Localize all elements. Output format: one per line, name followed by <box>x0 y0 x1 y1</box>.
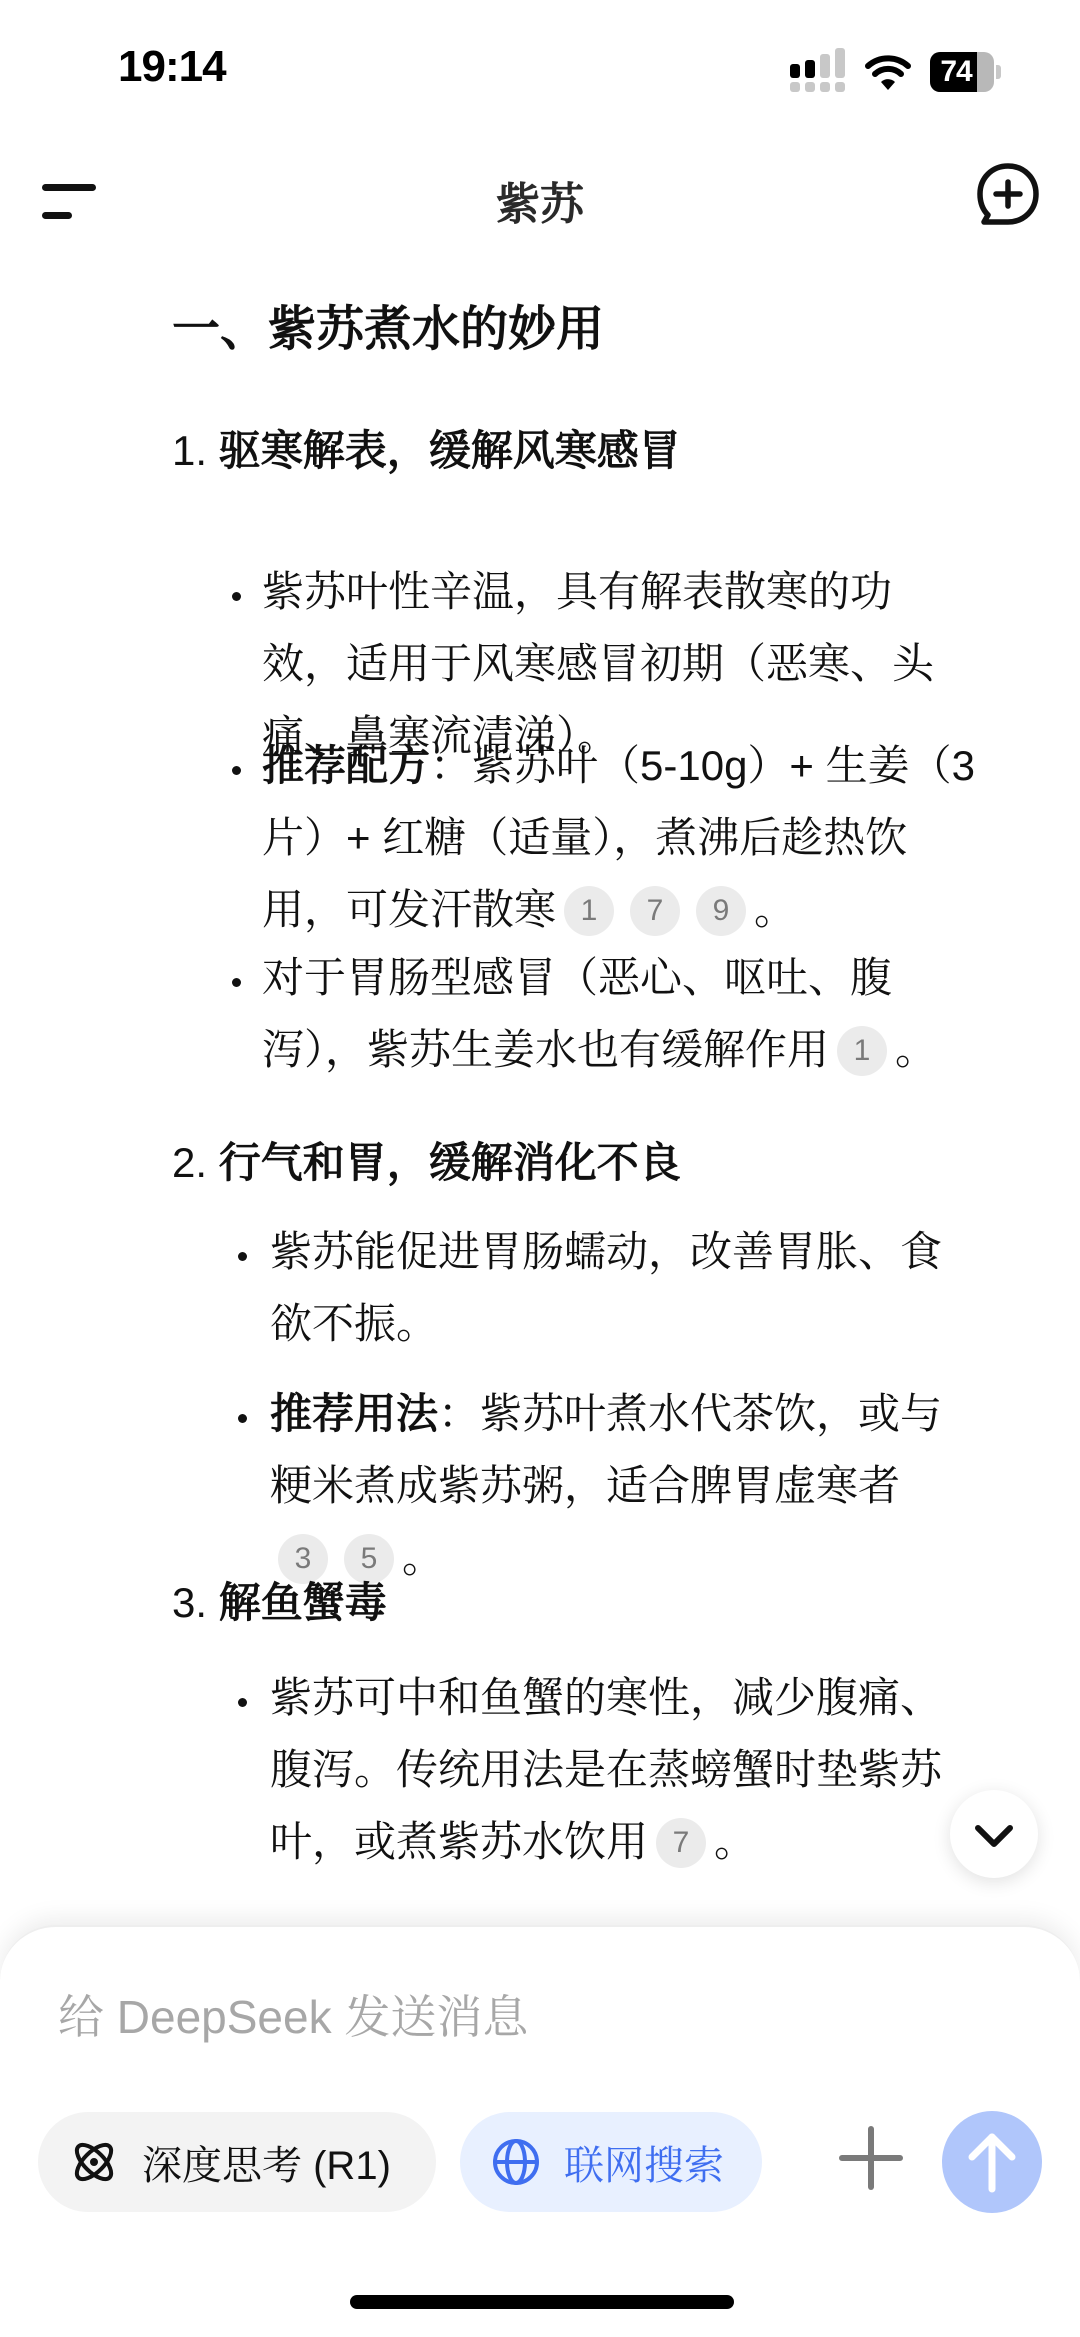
chat-title: 紫苏 <box>0 168 1080 232</box>
attach-button[interactable] <box>838 2125 904 2191</box>
globe-icon <box>490 2136 542 2188</box>
new-chat-button[interactable] <box>972 160 1044 232</box>
chevron-down-icon <box>950 1790 1038 1878</box>
nav-bar: 紫苏 <box>0 150 1080 240</box>
status-bar: 19:14 74 <box>0 0 1080 140</box>
arrow-up-icon <box>942 2111 1042 2213</box>
citation-badge[interactable]: 1 <box>564 886 614 936</box>
plus-icon <box>842 2129 900 2187</box>
home-indicator <box>350 2295 734 2309</box>
citation-badge[interactable]: 9 <box>696 886 746 936</box>
deep-think-label: 深度思考 (R1) <box>142 2134 391 2191</box>
citation-badge[interactable]: 7 <box>656 1818 706 1868</box>
web-search-label: 联网搜索 <box>564 2134 724 2191</box>
subsection-title-3: 3. 解鱼蟹毒 <box>172 1570 387 1630</box>
wifi-icon <box>864 52 912 92</box>
send-button[interactable] <box>942 2111 1042 2213</box>
new-chat-icon <box>980 166 1036 222</box>
status-time: 19:14 <box>118 42 226 92</box>
message-composer: 深度思考 (R1) 联网搜索 <box>0 1925 1080 2337</box>
web-search-toggle[interactable]: 联网搜索 <box>460 2112 762 2212</box>
scroll-to-bottom-button[interactable] <box>950 1790 1038 1878</box>
battery-percent: 74 <box>930 52 982 92</box>
bold-label: 推荐用法 <box>270 1390 438 1437</box>
atom-icon <box>68 2136 120 2188</box>
bold-label: 推荐配方 <box>262 742 430 789</box>
cellular-signal-icon <box>790 52 846 92</box>
section-heading: 一、紫苏煮水的妙用 <box>172 290 604 359</box>
deep-think-toggle[interactable]: 深度思考 (R1) <box>38 2112 436 2212</box>
subsection-title-1: 1. 驱寒解表，缓解风寒感冒 <box>172 418 681 478</box>
message-input[interactable] <box>58 1982 1018 2052</box>
citation-badge[interactable]: 1 <box>837 1026 887 1076</box>
subsection-title-2: 2. 行气和胃，缓解消化不良 <box>172 1130 681 1190</box>
battery-icon: 74 <box>930 52 1002 92</box>
citation-badge[interactable]: 7 <box>630 886 680 936</box>
